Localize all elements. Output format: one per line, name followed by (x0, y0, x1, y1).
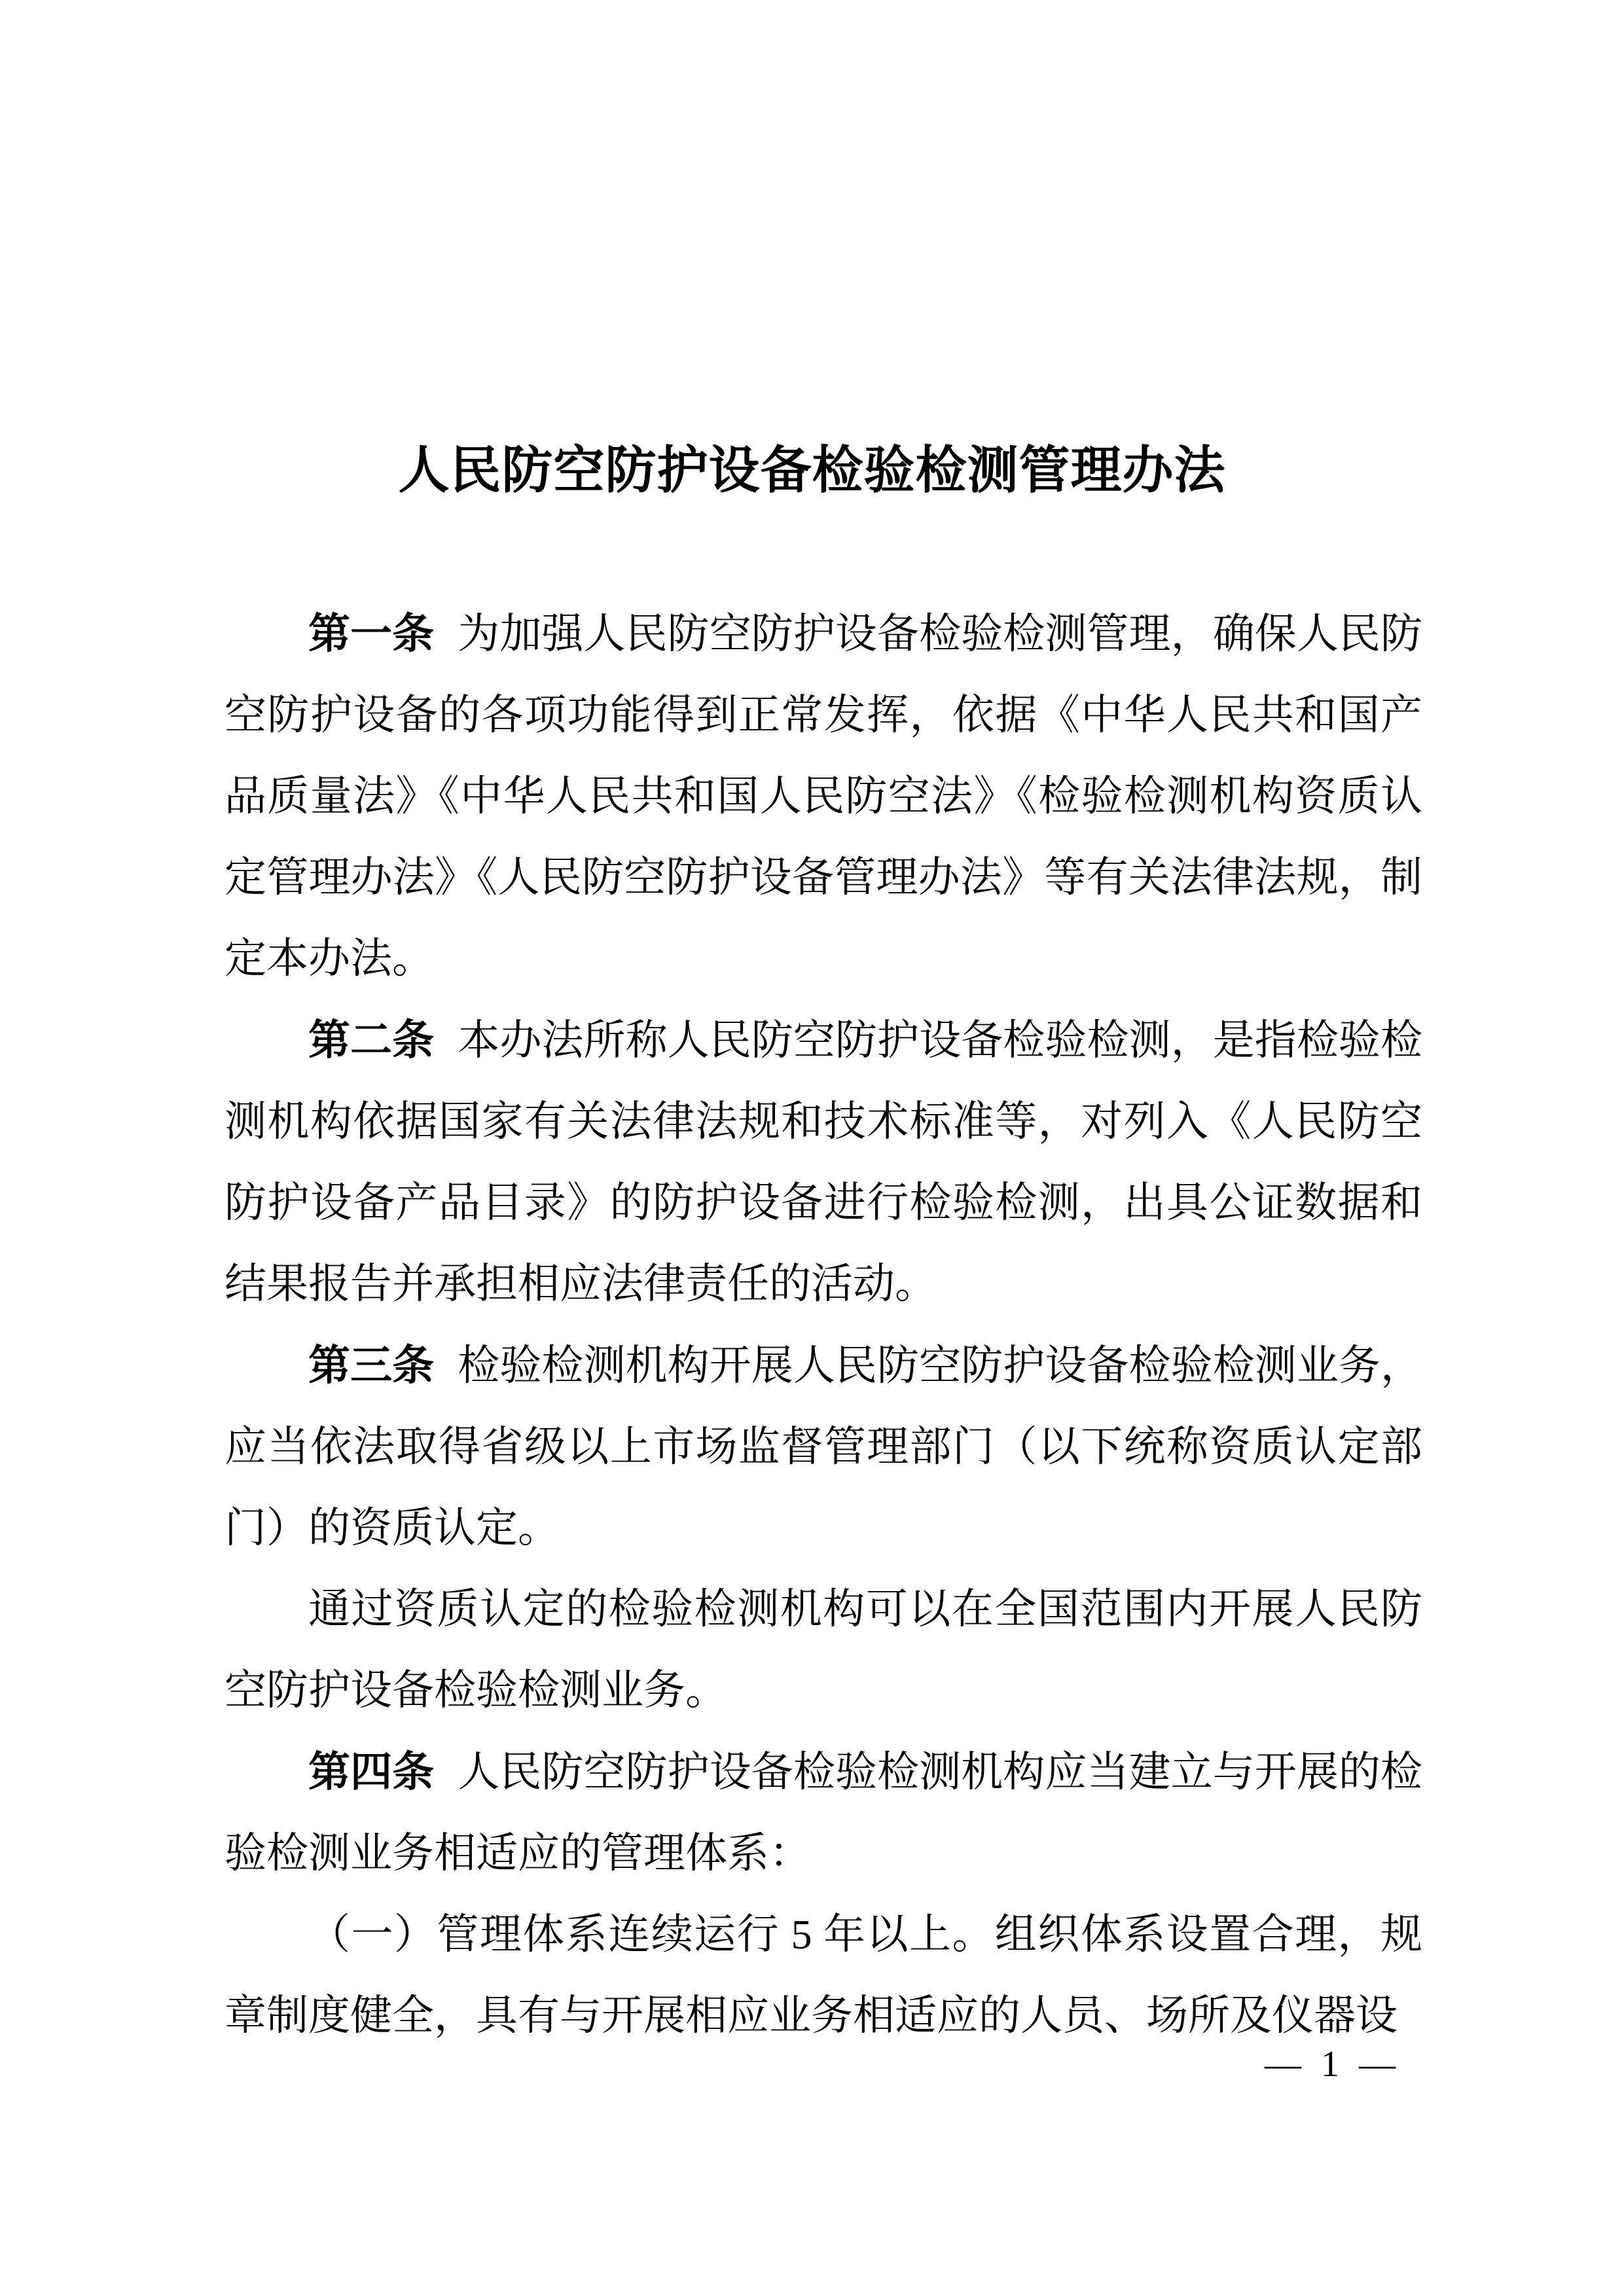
article-number: 第二条 (308, 1016, 434, 1064)
paragraph: （一）管理体系连续运行 5 年以上。组织体系设置合理，规章制度健全，具有与开展相… (225, 1894, 1422, 2056)
document-page: 人民防空防护设备检验检测管理办法 第一条为加强人民防空防护设备检验检测管理，确保… (0, 0, 1624, 2296)
paragraph-text: （一）管理体系连续运行 5 年以上。组织体系设置合理，规章制度健全，具有与开展相… (225, 1911, 1422, 2039)
document-title: 人民防空防护设备检验检测管理办法 (0, 442, 1624, 499)
paragraph: 第四条人民防空防护设备检验检测机构应当建立与开展的检验检测业务相适应的管理体系： (225, 1731, 1422, 1894)
article-number: 第三条 (308, 1342, 434, 1389)
article-number: 第一条 (308, 610, 434, 657)
paragraph: 通过资质认定的检验检测机构可以在全国范围内开展人民防空防护设备检验检测业务。 (225, 1569, 1422, 1731)
paragraph: 第一条为加强人民防空防护设备检验检测管理，确保人民防空防护设备的各项功能得到正常… (225, 593, 1422, 999)
paragraph: 第二条本办法所称人民防空防护设备检验检测，是指检验检测机构依据国家有关法律法规和… (225, 999, 1422, 1325)
page-number: — 1 — (1265, 2046, 1401, 2083)
document-body: 第一条为加强人民防空防护设备检验检测管理，确保人民防空防护设备的各项功能得到正常… (225, 593, 1422, 2056)
paragraph-text: 为加强人民防空防护设备检验检测管理，确保人民防空防护设备的各项功能得到正常发挥，… (225, 611, 1422, 982)
paragraph: 第三条检验检测机构开展人民防空防护设备检验检测业务，应当依法取得省级以上市场监督… (225, 1325, 1422, 1569)
article-number: 第四条 (308, 1748, 434, 1795)
paragraph-text: 通过资质认定的检验检测机构可以在全国范围内开展人民防空防护设备检验检测业务。 (225, 1586, 1422, 1713)
